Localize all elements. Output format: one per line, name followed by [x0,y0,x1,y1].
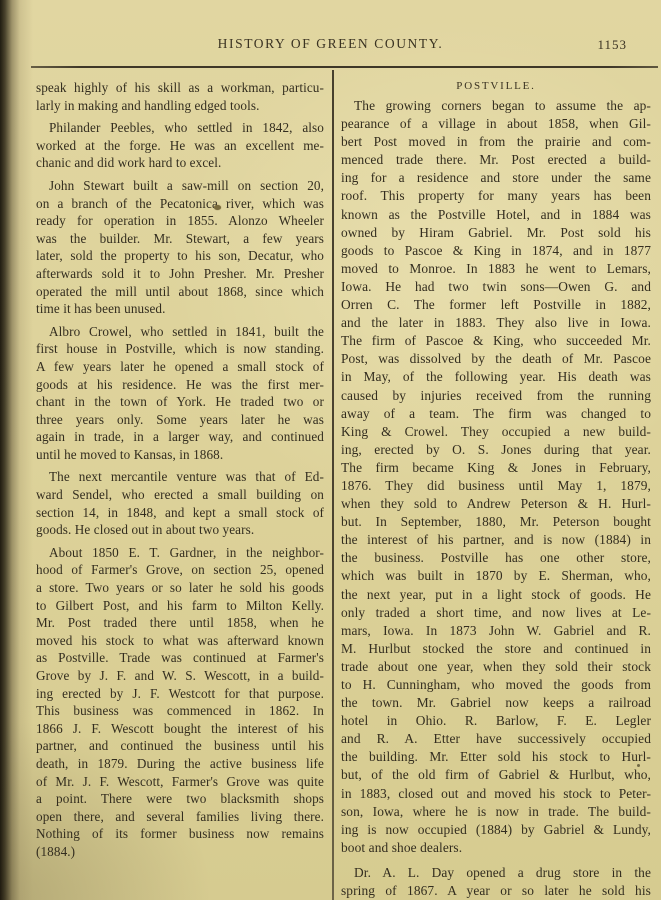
text-line: until he moved to Kansas, in 1868. [36,446,324,464]
text-line: spring of 1867. A year or so later he so… [341,882,651,900]
text-line: The firm of Pascoe & King, who succeeded… [341,332,651,350]
text-line: Albro Crowel, who settled in 1841, built… [36,323,324,341]
text-line: only traded a short time, and now lives … [341,604,651,622]
text-line: the interest of his partner, and is now … [341,531,651,549]
text-line: The firm became King & Jones in February… [341,459,651,477]
text-line: away of a team. The firm was changed to [341,405,651,423]
text-line: ing, erected by O. S. Jones during that … [341,441,651,459]
text-line: time it has been unused. [36,300,324,318]
text-line: Dr. A. L. Day opened a drug store in the [341,864,651,882]
text-line: ready for operation in 1855. Alonzo Whee… [36,212,324,230]
text-line: hotel in Ohio. R. Barlow, F. E. Legler [341,712,651,730]
text-line: chant in the town of York. He traded two… [36,393,324,411]
text-line: but. In September, 1880, Mr. Peterson bo… [341,513,651,531]
text-line: later, sold the property to his son, Dec… [36,247,324,265]
text-line: the building. Mr. Etter sold his stock t… [341,748,651,766]
text-line: The next mercantile venture was that of … [36,468,324,486]
text-line: Nothing of its former business now remai… [36,825,324,843]
text-line: to H. Cunningham, who moved the goods fr… [341,676,651,694]
text-line: About 1850 E. T. Gardner, in the neighbo… [36,544,324,562]
text-line: 1876. They did business until May 1, 187… [341,477,651,495]
text-line: death, in 1879. During the active busine… [36,755,324,773]
header-rule [31,66,658,68]
text-line: first house in Postville, which is now s… [36,340,324,358]
text-line: goods at his residence. He was the first… [36,376,324,394]
text-line: and R. A. Etter have successively occupi… [341,730,651,748]
text-line: A few years later he opened a small stoc… [36,358,324,376]
text-line: was the builder. Mr. Stewart, a few year… [36,230,324,248]
text-line: in 1883, closed out and moved his stock … [341,785,651,803]
paragraph: Albro Crowel, who settled in 1841, built… [36,323,324,464]
text-line: bert Post moved in from the prairie and … [341,133,651,151]
paragraph: Dr. A. L. Day opened a drug store in the… [341,864,651,900]
paragraph: About 1850 E. T. Gardner, in the neighbo… [36,544,324,861]
text-line: when they sold to Andrew Peterson & H. H… [341,495,651,513]
text-line: Post, was dissolved by the death of Mr. … [341,350,651,368]
text-line: of Mr. J. F. Wescott, Farmer's Grove was… [36,773,324,791]
text-line: John Stewart built a saw-mill on section… [36,177,324,195]
text-line: which was built in 1870 by E. Sherman, w… [341,567,651,585]
text-line: open there, and several families living … [36,808,324,826]
text-line: menced trade there. Mr. Post erected a b… [341,151,651,169]
page-number: 1153 [597,37,627,53]
text-line: M. Hurlbut stocked the store and continu… [341,640,651,658]
text-line: (1884.) [36,843,324,861]
text-line: speak highly of his skill as a workman, … [36,79,324,97]
text-line: ward Sendel, who erected a small buildin… [36,486,324,504]
text-line: roof. This property for many years has b… [341,187,651,205]
text-line: boot and shoe dealers. [341,839,651,857]
text-line: a store. Two years or so later he sold h… [36,579,324,597]
text-line: mars, Iowa. In 1873 John W. Gabriel and … [341,622,651,640]
book-page: HISTORY OF GREEN COUNTY. 1153 speak high… [0,0,661,900]
text-line: and the later in 1883. They also live in… [341,314,651,332]
text-line: owned by Hiram Gabriel. Mr. Post sold hi… [341,224,651,242]
text-line: the next year, put in a light stock of g… [341,586,651,604]
paragraph: Philander Peebles, who settled in 1842, … [36,119,324,172]
binding-edge-shadow [0,0,34,900]
text-line: hood of Farmer's Grove, on section 25, o… [36,561,324,579]
text-line: a point. There were two blacksmith shops [36,790,324,808]
paragraph: speak highly of his skill as a workman, … [36,79,324,114]
text-line: Philander Peebles, who settled in 1842, … [36,119,324,137]
text-line: worked at the forge. He was an excellent… [36,137,324,155]
text-line: the town. Mr. Gabriel now keeps a railro… [341,694,651,712]
text-line: 1866 J. F. Wescott bought the interest o… [36,720,324,738]
text-line: Mr. Post traded there until 1858, when h… [36,614,324,632]
text-line: the business. Postville has one other st… [341,549,651,567]
text-line: son, Iowa, where he is now in trade. The… [341,803,651,821]
text-line: ing erected by J. F. Westcott for that p… [36,685,324,703]
text-line: three years only. Some years later he wa… [36,411,324,429]
text-line: again in trade, in a larger way, and con… [36,428,324,446]
text-line: to Gilbert Post, and his farm to Milton … [36,597,324,615]
text-line: partner, and continued the business unti… [36,737,324,755]
paragraph: John Stewart built a saw-mill on section… [36,177,324,318]
text-line: ing for a residence and store under the … [341,169,651,187]
text-line: chanic and did work hard to excel. [36,154,324,172]
text-line: Iowa. He had two twin sons—Owen G. and [341,278,651,296]
left-column: speak highly of his skill as a workman, … [36,79,324,861]
text-line: known as the Postville Hotel, and in 188… [341,206,651,224]
text-line: moved to Monroe. In 1883 he went to Lema… [341,260,651,278]
text-line: The growing corners began to assume the … [341,97,651,115]
text-line: moved his stock to what was afterward kn… [36,632,324,650]
text-line: on a branch of the Pecatonica river, whi… [36,195,324,213]
text-line: Grove by J. F. and W. S. Wescott, in a b… [36,667,324,685]
paragraph: The growing corners began to assume the … [341,97,651,857]
text-line: King & Crowel. They occupied a new build… [341,423,651,441]
paragraph: The next mercantile venture was that of … [36,468,324,538]
text-line: pearance of a village in about 1858, whe… [341,115,651,133]
text-line: section 14, in 1848, and kept a small st… [36,504,324,522]
text-line: but, of the old firm of Gabriel & Hurlbu… [341,766,651,784]
text-line: Orren C. The former left Postville in 18… [341,296,651,314]
text-line: goods. He closed out in about two years. [36,521,324,539]
text-line: trade about one year, when they sold the… [341,658,651,676]
text-line: This business was commenced in 1862. In [36,702,324,720]
text-line: in May, of the following year. His death… [341,368,651,386]
text-line: goods to Pascoe & King in 1874, and in 1… [341,242,651,260]
text-line: ing is now occupied (1884) by Gabriel & … [341,821,651,839]
text-line: larly in making and handling edged tools… [36,97,324,115]
text-line: operated the mill until about 1868, sinc… [36,283,324,301]
text-line: caused by injuries received from the run… [341,387,651,405]
text-line: as Postville. Trade was continued at Far… [36,649,324,667]
right-column: POSTVILLE. The growing corners began to … [341,79,651,900]
column-divider-rule [332,70,334,900]
page-header-title: HISTORY OF GREEN COUNTY. [30,36,631,52]
section-heading-postville: POSTVILLE. [341,79,651,93]
text-line: afterwards sold it to John Presher. Mr. … [36,265,324,283]
